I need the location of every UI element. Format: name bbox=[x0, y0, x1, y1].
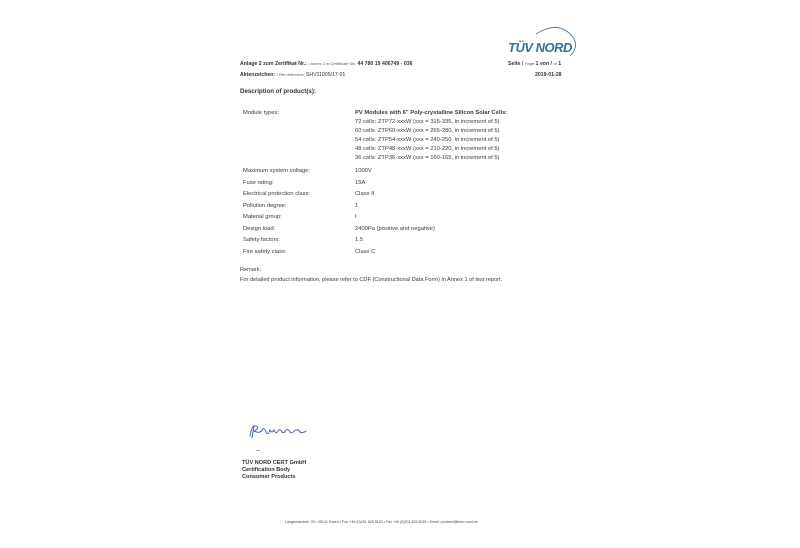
remark-label: Remark: bbox=[240, 267, 261, 273]
certification-body: Certification Body bbox=[242, 467, 306, 474]
spec-value-fuse-rating: 15A bbox=[355, 180, 365, 186]
module-line: 48 cells: ZTP48-xxxW (xxx = 210-220, in … bbox=[355, 146, 500, 152]
spec-value-fire-safety: Class C bbox=[355, 249, 375, 255]
page-indicator: Seite / Page 1 von / of 1 bbox=[508, 61, 561, 67]
certificate-number: 44 780 19 406749 - 036 bbox=[357, 61, 412, 67]
spec-value-design-load: 2400Pa (positive and negative) bbox=[355, 226, 435, 232]
file-reference-line: Aktenzeichen: / File reference: SHV11005… bbox=[240, 72, 345, 78]
spec-value-max-voltage: 1000V bbox=[355, 168, 372, 174]
annex-label-en: / Annex 2 to Certificate No. bbox=[308, 61, 356, 66]
company-name: TÜV NORD CERT GmbH bbox=[242, 460, 306, 467]
spec-label-design-load: Design load: bbox=[243, 226, 275, 232]
module-types-heading: PV Modules with 6" Poly-crystalline Sili… bbox=[355, 110, 507, 116]
spec-value-material-group: I bbox=[355, 214, 357, 220]
tuv-nord-logo: TÜV NORD bbox=[500, 26, 586, 60]
consumer-products: Consumer Products bbox=[242, 474, 306, 481]
file-reference: SHV11005/17-01 bbox=[306, 72, 345, 78]
remark-text: For detailed product information, please… bbox=[240, 277, 502, 283]
page-of-en: of bbox=[553, 61, 556, 66]
spec-value-protection-class: Class II bbox=[355, 191, 374, 197]
signature-icon bbox=[246, 420, 316, 442]
spec-label-fuse-rating: Fuse rating: bbox=[243, 180, 274, 186]
page-total: 1 bbox=[558, 61, 561, 67]
page-of-de: von / bbox=[540, 61, 552, 67]
module-line: 36 cells: ZTP36-xxxW (xxx = 160-165, in … bbox=[355, 155, 500, 161]
module-heading-text: PV Modules with 6" Poly-crystalline Sili… bbox=[355, 110, 507, 116]
footer-address: Langemarckstr. 20 • 45141 Essen • Fon +4… bbox=[285, 520, 478, 524]
spec-value-safety-factors: 1.5 bbox=[355, 237, 363, 243]
module-line: 54 cells: ZTP54-xxxW (xxx = 240-250, in … bbox=[355, 137, 500, 143]
spec-label-safety-factors: Safety factors: bbox=[243, 237, 280, 243]
spec-label-material-group: Material group: bbox=[243, 214, 282, 220]
module-line: 60 cells: ZTP60-xxxW (xxx = 265-280, in … bbox=[355, 128, 500, 134]
annex-label-de: Anlage 2 zum Zertifikat Nr.: bbox=[240, 61, 307, 67]
signatory-block: TÜV NORD CERT GmbH Certification Body Co… bbox=[242, 460, 306, 481]
section-title: Description of product(s): bbox=[240, 88, 316, 95]
file-label-de: Aktenzeichen: bbox=[240, 72, 275, 78]
file-label-en: / File reference: bbox=[277, 72, 305, 77]
module-types-label: Module types: bbox=[243, 110, 279, 116]
spec-label-fire-safety: Fire safety class: bbox=[243, 249, 287, 255]
page-current: 1 bbox=[536, 61, 539, 67]
spec-label-max-voltage: Maximum system voltage: bbox=[243, 168, 310, 174]
annex-line: Anlage 2 zum Zertifikat Nr.: / Annex 2 t… bbox=[240, 61, 413, 67]
spec-value-pollution-degree: 1 bbox=[355, 203, 358, 209]
signature-dot bbox=[256, 450, 260, 451]
spec-label-pollution-degree: Pollution degree: bbox=[243, 203, 287, 209]
logo-text: TÜV NORD bbox=[508, 40, 572, 55]
page-label-en: Page bbox=[525, 61, 534, 66]
spec-label-protection-class: Electrical protection class: bbox=[243, 191, 310, 197]
document-date: 2019-01-28 bbox=[535, 72, 562, 78]
module-line: 72 cells: ZTP72-xxxW (xxx = 315-335, in … bbox=[355, 119, 500, 125]
page-label-de: Seite / bbox=[508, 61, 523, 67]
